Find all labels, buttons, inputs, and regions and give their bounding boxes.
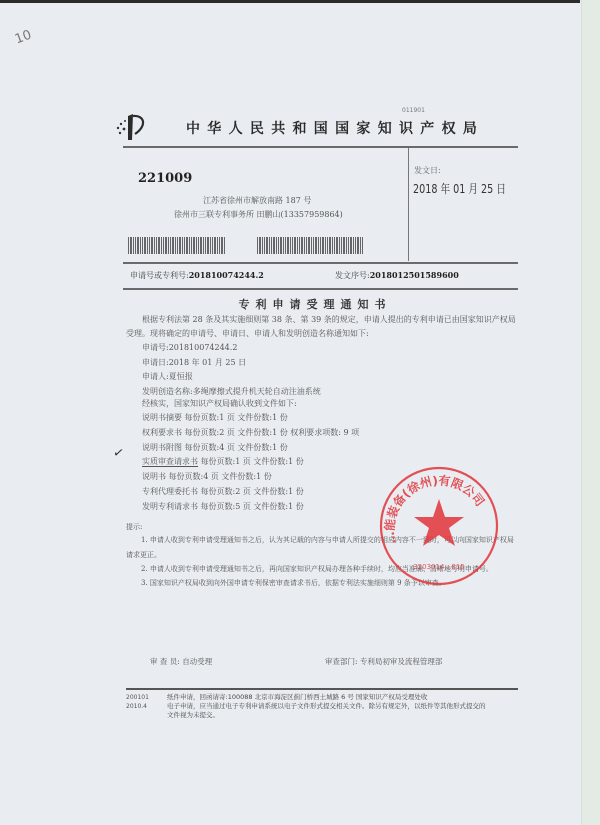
document-name: 发明专利请求书 bbox=[142, 502, 198, 511]
application-fields: 申请号:201810074244.2申请日:2018 年 01 月 25 日申请… bbox=[142, 341, 321, 399]
document-detail: 每份页数:1 页 文件份数:1 份 bbox=[198, 457, 304, 466]
serial-no: 2018012501589600 bbox=[370, 270, 459, 280]
document-detail: 每份页数:5 页 文件份数:1 份 bbox=[198, 502, 304, 511]
examiner-value: 自动受理 bbox=[182, 657, 212, 666]
footer-code-2: 2010.4 bbox=[126, 703, 147, 710]
postcode: 221009 bbox=[138, 171, 192, 186]
document-name: 专利代理委托书 bbox=[142, 487, 198, 496]
document-detail: 每份页数:4 页 文件份数:1 份 bbox=[182, 443, 288, 452]
scan-right-margin bbox=[581, 0, 600, 825]
seal-star-icon bbox=[414, 499, 464, 546]
serial-label: 发文序号: bbox=[335, 271, 370, 280]
received-document-row: 说明书附图 每份页数:4 页 文件份数:1 份 bbox=[142, 441, 359, 456]
document-detail: 每份页数:2 页 文件份数:1 份 bbox=[198, 487, 304, 496]
header-divider bbox=[408, 148, 409, 261]
footer-code-1: 200101 bbox=[126, 694, 149, 701]
application-field: 申请号:201810074244.2 bbox=[142, 341, 321, 356]
document-name: 实质审查请求书 bbox=[142, 457, 198, 467]
app-no-label: 申请号或专利号: bbox=[130, 271, 189, 280]
document-name: 说明书附图 bbox=[142, 443, 182, 452]
document-detail: 每份页数:2 页 文件份数:1 份 权利要求项数: 9 项 bbox=[182, 428, 359, 437]
issue-date: 2018 年 01 月 25 日 bbox=[413, 180, 506, 197]
document-title: 专利申请受理通知书 bbox=[0, 296, 560, 312]
handwritten-mark: 10 bbox=[13, 28, 34, 48]
numbers-top-rule bbox=[123, 262, 518, 264]
document-name: 说明书摘要 bbox=[142, 413, 182, 422]
document-detail: 每份页数:4 页 文件份数:1 份 bbox=[166, 472, 272, 481]
document-name: 说明书 bbox=[142, 472, 166, 481]
address-line-1: 江苏省徐州市解放南路 187 号 bbox=[203, 195, 311, 206]
intro-line-2: 受理。现将确定的申请号、申请日、申请人和发明创造名称通知如下: bbox=[126, 327, 369, 342]
footer-line-1: 纸件申请，回函请寄:100088 北京市海淀区蓟门桥西土城路 6 号 国家知识产… bbox=[167, 693, 427, 702]
svg-text:3203014…815: 3203014…815 bbox=[413, 563, 465, 571]
received-document-row: 说明书摘要 每份页数:1 页 文件份数:1 份 bbox=[142, 411, 359, 426]
dept-value: 专利局初审及流程管理部 bbox=[360, 657, 443, 666]
app-no: 201810074244.2 bbox=[189, 270, 264, 280]
document-name: 权利要求书 bbox=[142, 428, 182, 437]
notes-title: 提示: bbox=[126, 522, 142, 532]
cnipa-logo-icon bbox=[115, 112, 155, 142]
org-name: 中华人民共和国国家知识产权局 bbox=[186, 118, 484, 138]
handwritten-check-icon: ✓ bbox=[112, 445, 125, 462]
issue-date-label: 发文日: bbox=[414, 165, 441, 176]
header-rule bbox=[123, 146, 518, 148]
intro-line-1: 根据专利法第 28 条及其实施细则第 38 条、第 39 条的规定，申请人提出的… bbox=[142, 313, 516, 328]
application-number-line: 申请号或专利号:201810074244.2 bbox=[130, 270, 264, 281]
received-document-row: 说明书 每份页数:4 页 文件份数:1 份 bbox=[142, 470, 359, 485]
scan-top-edge bbox=[0, 0, 580, 3]
serial-number-line: 发文序号:2018012501589600 bbox=[335, 270, 459, 281]
received-documents-list: 说明书摘要 每份页数:1 页 文件份数:1 份权利要求书 每份页数:2 页 文件… bbox=[142, 411, 359, 515]
footer-line-2: 电子申请，应当通过电子专利申请系统以电子文件形式提交相关文件。除另有规定外，以纸… bbox=[167, 702, 486, 711]
examiner-label: 审 查 员: bbox=[150, 657, 180, 666]
received-document-row: 实质审查请求书 每份页数:1 页 文件份数:1 份 bbox=[142, 455, 359, 470]
form-code: 011901 bbox=[402, 107, 425, 114]
document-detail: 每份页数:1 页 文件份数:1 份 bbox=[182, 413, 288, 422]
received-document-row: 权利要求书 每份页数:2 页 文件份数:1 份 权利要求项数: 9 项 bbox=[142, 426, 359, 441]
barcode-2 bbox=[257, 237, 364, 254]
received-document-row: 发明专利请求书 每份页数:5 页 文件份数:1 份 bbox=[142, 500, 359, 515]
application-field: 申请日:2018 年 01 月 25 日 bbox=[142, 356, 321, 371]
note-1-continued: 请求更正。 bbox=[126, 548, 161, 563]
numbers-bottom-rule bbox=[123, 288, 518, 290]
dept-label: 审查部门: bbox=[325, 657, 358, 666]
company-seal: …能装备(徐州)有限公司 3203014…815 bbox=[378, 465, 500, 587]
received-document-row: 专利代理委托书 每份页数:2 页 文件份数:1 份 bbox=[142, 485, 359, 500]
barcode-1 bbox=[128, 237, 226, 254]
verify-line: 经核实，国家知识产权局确认收到文件如下: bbox=[142, 397, 297, 412]
footer-rule bbox=[126, 688, 518, 690]
application-field: 申请人:夏恒报 bbox=[142, 370, 321, 385]
department: 审查部门: 专利局初审及流程管理部 bbox=[325, 656, 442, 667]
examiner: 审 查 员: 自动受理 bbox=[150, 656, 212, 667]
address-line-2: 徐州市三联专利事务所 田鹏山(13357959864) bbox=[174, 209, 343, 220]
footer-line-3: 文件视为未提交。 bbox=[167, 711, 219, 720]
